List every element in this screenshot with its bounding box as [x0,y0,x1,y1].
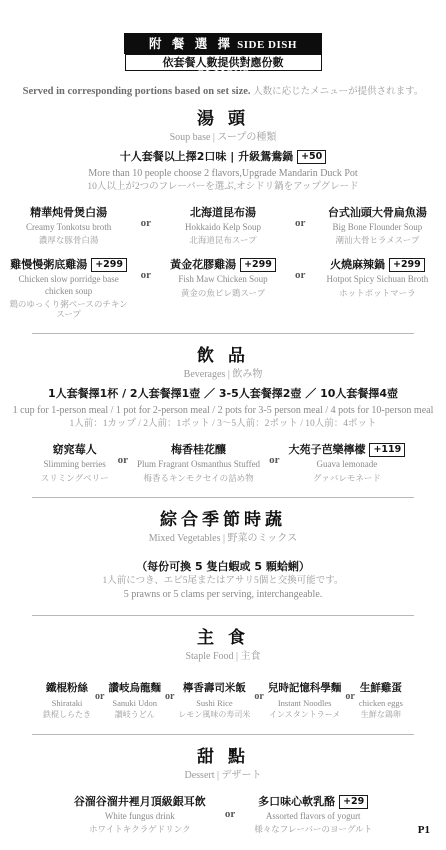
menu-item-spicy-sichuan-broth: 火燒麻辣鍋+299 Hotpot Spicy Sichuan Broth ホット… [310,257,444,297]
menu-item-big-bone-flounder-soup: 台式汕頭大骨扁魚湯 Big Bone Flounder Soup 潮汕大骨ヒラメ… [310,205,444,245]
item-name-en: Sushi Rice [178,698,250,709]
item-name-en: Fish Maw Chicken Soup [160,274,286,285]
section-divider [32,333,414,334]
menu-item-sanuki-udon: 讚岐烏龍麵 Sanuki Udon 讃岐うどん [106,681,163,720]
item-name-zh: 兒時記憶科學麵 [268,681,342,696]
vegetables-note-en: 5 prawns or 5 clams per serving, interch… [0,588,446,601]
item-name-zh: 梅香桂花釀 [137,442,260,457]
header-note-ja: 人数に応じたメニューが提供されます。 [253,87,423,97]
item-name-en: Slimming berries [41,459,109,470]
item-name-zh: 黃金花膠雞湯 [170,258,236,271]
item-name-ja: 讃岐うどん [108,710,161,720]
header-badge: 附 餐 選 擇 SIDE DISH OPTIONS [124,33,322,54]
or-separator: or [345,691,354,702]
beverages-rule-zh: 1人套餐擇1杯 / 2人套餐擇1壺 ／ 3-5人套餐擇2壺 ／ 10人套餐擇4壺 [0,386,446,401]
vegetables-title: 綜合季節時蔬 [0,510,446,531]
page-number: P1 [418,824,430,836]
or-separator: or [141,217,151,229]
vegetables-subtitle: Mixed Vegetables | 野菜のミックス [0,532,446,545]
menu-item-chicken-porridge-soup: 雞慢慢粥底雞湯+299 Chicken slow porridge base c… [2,257,136,319]
item-name-ja: レモン風味の寿司米 [178,710,250,720]
dessert-row: 谷溜谷溜井裡月頂級銀耳飲 White fungus drink ホワイトキクラゲ… [0,794,446,834]
beverages-rule-en: 1 cup for 1-person meal / 1 pot for 2-pe… [0,404,446,417]
item-name-zh: 台式汕頭大骨扁魚湯 [314,205,440,220]
soup-subtitle: Soup base | スープの種類 [0,131,446,144]
item-name-en: Assorted flavors of yogurt [254,811,372,822]
staple-subtitle: Staple Food | 主食 [0,650,446,663]
section-staple-food: 主 食 Staple Food | 主食 鐵棍粉絲 Shirataki 鉄棍しら… [0,628,446,720]
header-subtitle-box: 依套餐人數提供對應份數 [125,54,322,71]
menu-item-sushi-rice: 檸香壽司米飯 Sushi Rice レモン風味の寿司米 [176,681,252,720]
or-separator: or [269,454,279,466]
or-separator: or [141,269,151,281]
or-separator: or [118,454,128,466]
item-name-ja: 鶏のゆっくり粥ベースのチキンスープ [6,299,132,319]
item-name-zh: 窈窕莓人 [41,442,109,457]
item-name-zh: 鐵棍粉絲 [43,681,91,696]
soup-rule-zh: 十人套餐以上擇2口味 | 升級鴛鴦鍋+50 [0,149,446,164]
item-name-en: Sanuki Udon [108,698,161,709]
item-name-ja: 潮汕大骨ヒラメスープ [314,235,440,245]
item-name-en: White fungus drink [74,811,206,822]
menu-item-creamy-tonkotsu-broth: 精華炖骨煲白湯 Creamy Tonkotsu broth 濃厚な豚骨白湯 [2,205,136,245]
item-name-zh: 火燒麻辣鍋 [330,258,385,271]
beverages-title: 飲 品 [0,346,446,367]
menu-item-slimming-berries: 窈窕莓人 Slimming berries スリミングベリー [37,442,113,482]
or-separator: or [254,691,263,702]
item-name-zh: 檸香壽司米飯 [178,681,250,696]
item-name-zh: 谷溜谷溜井裡月頂級銀耳飲 [74,794,206,809]
item-name-en: Big Bone Flounder Soup [314,222,440,233]
or-separator: or [295,269,305,281]
or-separator: or [165,691,174,702]
item-name-ja: 梅香るキンモクセイの詰め物 [137,473,260,483]
menu-item-shirataki: 鐵棍粉絲 Shirataki 鉄棍しらたき [41,681,93,720]
beverages-rule-ja: 1人前：1カップ / 2人前：1ポット / 3～5人前：2ポット / 10人前：… [0,418,446,430]
section-vegetables: 綜合季節時蔬 Mixed Vegetables | 野菜のミックス （每份可換 … [0,510,446,601]
or-separator: or [95,691,104,702]
item-name-en: Guava lemonade [288,459,405,470]
section-divider [32,497,414,498]
or-separator: or [225,808,235,820]
item-name-ja: スリミングベリー [41,473,109,483]
item-name-zh: 多口味心軟乳酪 [258,795,335,808]
staple-row: 鐵棍粉絲 Shirataki 鉄棍しらたき or 讚岐烏龍麵 Sanuki Ud… [0,681,446,720]
item-name-en: Creamy Tonkotsu broth [6,222,132,233]
soup-upgrade-price-badge: +50 [297,150,326,164]
price-badge: +299 [389,258,425,272]
price-badge: +299 [91,258,127,272]
dessert-subtitle: Dessert | デザート [0,769,446,782]
item-name-en: Instant Noodles [268,698,342,709]
menu-item-instant-noodles: 兒時記憶科學麵 Instant Noodles インスタントラーメ [266,681,344,720]
item-name-en: Shirataki [43,698,91,709]
item-name-ja: インスタントラーメ [268,710,342,720]
item-name-zh: 讚岐烏龍麵 [108,681,161,696]
menu-item-guava-lemonade: 大苑子芭樂檸檬+119 Guava lemonade グァバレモネード [284,442,409,482]
beverages-subtitle: Beverages | 飲み物 [0,368,446,381]
item-name-zh: 雞慢慢粥底雞湯 [10,258,87,271]
item-name-ja: 様々なフレーバーのヨーグルト [254,824,372,834]
soup-title: 湯 頭 [0,109,446,130]
item-name-ja: 生鮮な鶏卵 [359,710,403,720]
menu-item-hokkaido-kelp-soup: 北海道昆布湯 Hokkaido Kelp Soup 北海道昆布スープ [156,205,290,245]
item-name-en: Chicken slow porridge base chicken soup [6,274,132,297]
menu-item-white-fungus-drink: 谷溜谷溜井裡月頂級銀耳飲 White fungus drink ホワイトキクラゲ… [60,794,220,834]
vegetables-note-zh: （每份可換 5 隻白蝦或 5 顆蛤蜊） [0,559,446,574]
item-name-zh: 精華炖骨煲白湯 [6,205,132,220]
or-separator: or [295,217,305,229]
item-name-en: chicken eggs [359,698,403,709]
soup-row-1: 精華炖骨煲白湯 Creamy Tonkotsu broth 濃厚な豚骨白湯 or… [0,205,446,245]
vegetables-note-ja: 1人前につき、エビ5尾またはアサリ5個と交換可能です。 [0,575,446,587]
item-name-zh: 大苑子芭樂檸檬 [288,443,365,456]
item-name-en: Plum Fragrant Osmanthus Stuffed [137,459,260,470]
menu-item-fish-maw-chicken-soup: 黃金花膠雞湯+299 Fish Maw Chicken Soup 黄金の魚ビレ鶏… [156,257,290,297]
item-name-ja: 鉄棍しらたき [43,710,91,720]
dessert-title: 甜 點 [0,747,446,768]
soup-rule-ja: 10人以上が2つのフレーバーを選ぶ,オシドリ鍋をアップグレード [0,181,446,193]
section-beverages: 飲 品 Beverages | 飲み物 1人套餐擇1杯 / 2人套餐擇1壺 ／ … [0,346,446,482]
header-note: Served in corresponding portions based o… [0,83,446,97]
item-name-ja: ホワイトキクラゲドリンク [74,824,206,834]
menu-item-plum-osmanthus: 梅香桂花釀 Plum Fragrant Osmanthus Stuffed 梅香… [133,442,264,482]
item-name-ja: 北海道昆布スープ [160,235,286,245]
item-name-ja: 濃厚な豚骨白湯 [6,235,132,245]
item-name-ja: 黄金の魚ビレ鶏スープ [160,288,286,298]
item-name-en: Hokkaido Kelp Soup [160,222,286,233]
header-badge-zh: 附 餐 選 擇 [149,36,233,51]
header-note-en: Served in corresponding portions based o… [23,86,251,97]
item-name-zh: 生鮮雞蛋 [359,681,403,696]
price-badge: +119 [369,443,405,457]
price-badge: +299 [240,258,276,272]
item-name-ja: ホットポットマーラ [314,288,440,298]
menu-item-chicken-eggs: 生鮮雞蛋 chicken eggs 生鮮な鶏卵 [357,681,405,720]
price-badge: +29 [339,795,368,809]
soup-rule-text: 十人套餐以上擇2口味 | 升級鴛鴦鍋 [120,150,293,163]
item-name-zh: 北海道昆布湯 [160,205,286,220]
section-soup: 湯 頭 Soup base | スープの種類 十人套餐以上擇2口味 | 升級鴛鴦… [0,109,446,319]
item-name-ja: グァバレモネード [288,473,405,483]
soup-row-2: 雞慢慢粥底雞湯+299 Chicken slow porridge base c… [0,257,446,319]
menu-item-yogurt: 多口味心軟乳酪+29 Assorted flavors of yogurt 様々… [240,794,386,834]
section-divider [32,615,414,616]
item-name-en: Hotpot Spicy Sichuan Broth [314,274,440,285]
section-dessert: 甜 點 Dessert | デザート 谷溜谷溜井裡月頂級銀耳飲 White fu… [0,747,446,834]
section-divider [32,734,414,735]
menu-page: 附 餐 選 擇 SIDE DISH OPTIONS 依套餐人數提供對應份數 Se… [0,0,446,850]
staple-title: 主 食 [0,628,446,649]
beverages-row: 窈窕莓人 Slimming berries スリミングベリー or 梅香桂花釀 … [0,442,446,482]
soup-rule-en: More than 10 people choose 2 flavors,Upg… [0,167,446,180]
